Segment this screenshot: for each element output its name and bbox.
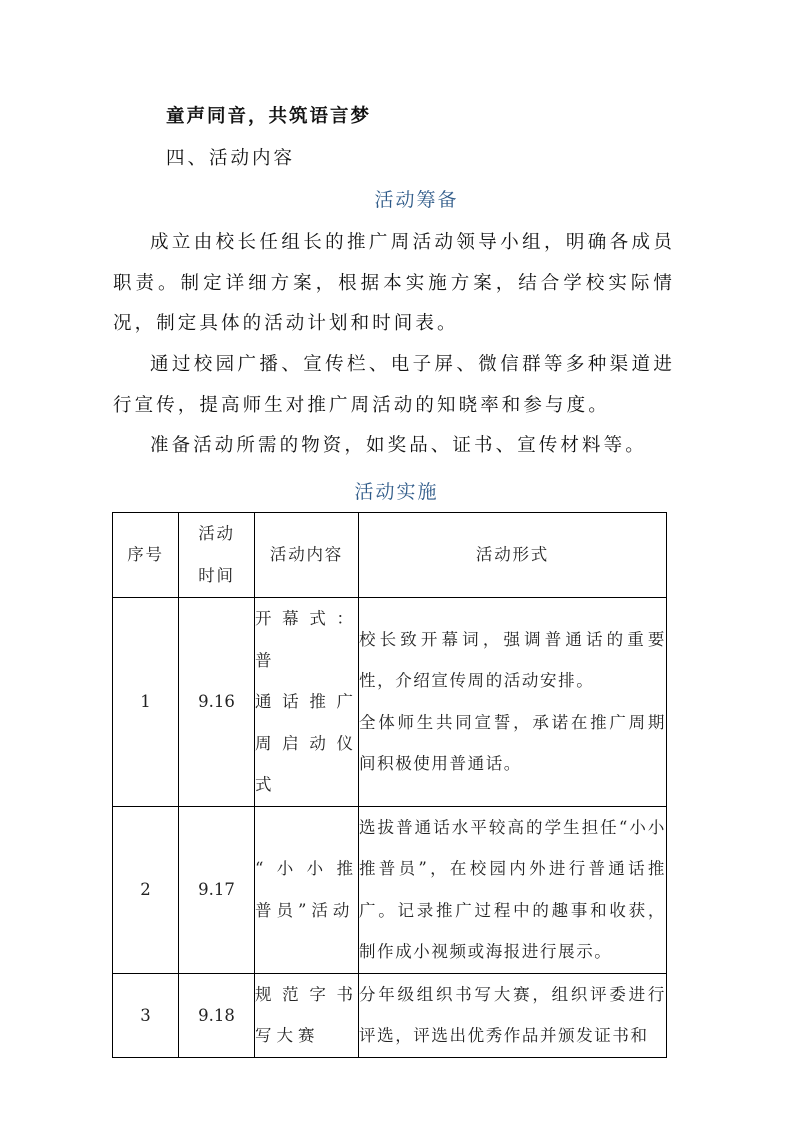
preparation-paragraph-1: 成立由校长任组长的推广周活动领导小组，明确各成员职责。制定详细方案，根据本实施方…: [113, 223, 675, 345]
subtitle: 童声同音，共筑语言梦: [166, 104, 371, 130]
section-heading: 四、活动内容: [166, 146, 295, 172]
row-1-content-line: 式: [255, 764, 358, 806]
row-1-content: 开幕式：普 通话推广 周启动仪 式: [255, 598, 359, 807]
row-2-index: 2: [113, 806, 179, 973]
row-2-content: “小小推 普员”活动: [255, 806, 359, 973]
activity-schedule-table: 序号 活动 时间 活动内容 活动形式 1 9.16 开幕式：普 通话推广 周启动…: [112, 512, 667, 1058]
row-1-form-paragraph: 校长致开幕词，强调普通话的重要性，介绍宣传周的活动安排。: [359, 619, 666, 702]
row-1-form-paragraph: 全体师生共同宣誓，承诺在推广周期间积极使用普通话。: [359, 702, 666, 785]
preparation-heading: 活动筹备: [0, 187, 793, 213]
table-row: 2 9.17 “小小推 普员”活动 选拔普通话水平较高的学生担任“小小推普员”，…: [113, 806, 667, 973]
row-2-content-line: 普员”活动: [255, 890, 358, 932]
row-2-form-paragraph: 选拔普通话水平较高的学生担任“小小推普员”，在校园内外进行普通话推广。记录推广过…: [359, 807, 666, 973]
header-index: 序号: [113, 513, 179, 598]
row-3-index: 3: [113, 973, 179, 1057]
row-1-content-line: 通话推广: [255, 681, 358, 723]
row-3-content-line: 规范字书: [255, 974, 358, 1016]
row-1-index: 1: [113, 598, 179, 807]
table-header-row: 序号 活动 时间 活动内容 活动形式: [113, 513, 667, 598]
row-2-time: 9.17: [179, 806, 255, 973]
row-1-time: 9.16: [179, 598, 255, 807]
preparation-paragraph-2: 通过校园广播、宣传栏、电子屏、微信群等多种渠道进行宣传，提高师生对推广周活动的知…: [113, 345, 675, 426]
header-time: 活动 时间: [179, 513, 255, 598]
header-time-line2: 时间: [179, 555, 254, 597]
row-1-form: 校长致开幕词，强调普通话的重要性，介绍宣传周的活动安排。 全体师生共同宣誓，承诺…: [359, 598, 667, 807]
preparation-paragraph-3: 准备活动所需的物资，如奖品、证书、宣传材料等。: [113, 426, 675, 467]
row-2-content-line: “小小推: [255, 848, 358, 890]
row-1-content-line: 开幕式：普: [255, 598, 358, 681]
row-3-content-line: 写大赛: [255, 1015, 358, 1057]
row-3-form-paragraph: 分年级组织书写大赛，组织评委进行评选，评选出优秀作品并颁发证书和: [359, 974, 666, 1057]
row-3-form: 分年级组织书写大赛，组织评委进行评选，评选出优秀作品并颁发证书和: [359, 973, 667, 1057]
row-3-time: 9.18: [179, 973, 255, 1057]
implementation-heading: 活动实施: [0, 479, 793, 505]
row-2-form: 选拔普通话水平较高的学生担任“小小推普员”，在校园内外进行普通话推广。记录推广过…: [359, 806, 667, 973]
table-row: 3 9.18 规范字书 写大赛 分年级组织书写大赛，组织评委进行评选，评选出优秀…: [113, 973, 667, 1057]
header-form: 活动形式: [359, 513, 667, 598]
header-time-line1: 活动: [179, 513, 254, 555]
row-3-content: 规范字书 写大赛: [255, 973, 359, 1057]
table-row: 1 9.16 开幕式：普 通话推广 周启动仪 式 校长致开幕词，强调普通话的重要…: [113, 598, 667, 807]
header-content: 活动内容: [255, 513, 359, 598]
row-1-content-line: 周启动仪: [255, 723, 358, 765]
